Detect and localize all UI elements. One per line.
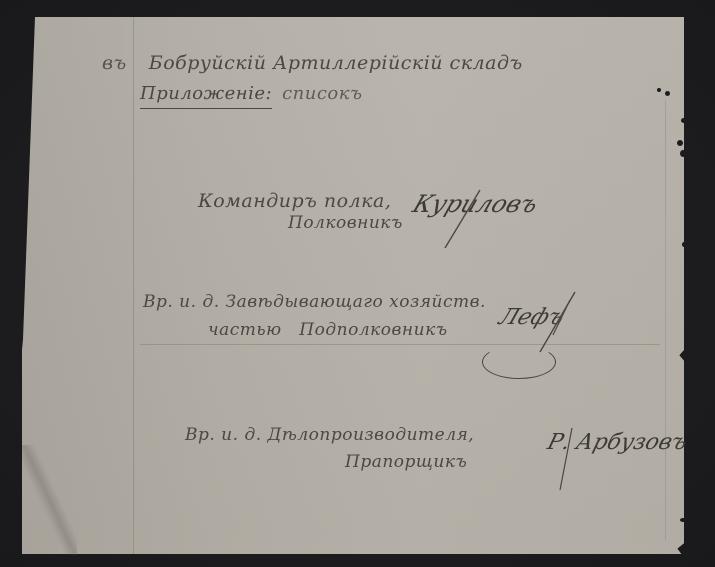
attachment-line: Приложеніе:списокъ (140, 83, 363, 104)
attachment-value: списокъ (282, 83, 362, 104)
corner-crease (22, 445, 77, 555)
clerk-role: Вр. и. д. Дѣлопроизводителя, (185, 425, 474, 445)
worm-hole (665, 91, 670, 96)
quartermaster-role: Вр. и. д. Завѣдывающаго хозяйств. (143, 292, 486, 312)
commander-rank: Полковникъ (288, 213, 403, 233)
quartermaster-role-line2: частью (208, 320, 282, 340)
edge-tear (677, 140, 683, 146)
quartermaster-rank-line: частью Подполковникъ (208, 320, 448, 340)
edge-tear (680, 518, 686, 522)
right-fold-line (665, 100, 666, 540)
signature-flourish (482, 345, 556, 379)
attachment-label: Приложеніе: (140, 83, 272, 109)
commander-signature: Куриловъ (409, 190, 542, 218)
commander-role: Командиръ полка, (198, 190, 391, 212)
worm-hole (657, 88, 661, 92)
addressee-prefix: въ (102, 52, 127, 74)
quartermaster-rank: Подполковникъ (299, 320, 447, 340)
edge-tear (681, 118, 686, 123)
clerk-rank: Прапорщикъ (345, 452, 467, 472)
addressee-text: Бобруйскій Артиллерійскій складъ (149, 52, 523, 74)
addressee-line: въБобруйскій Артиллерійскій складъ (102, 52, 523, 74)
edge-tear (680, 150, 686, 157)
clerk-signature: Р. Арбузовъ (545, 430, 690, 455)
horizontal-fold-line (140, 344, 660, 345)
vertical-fold-line (133, 17, 134, 554)
quartermaster-signature: Лефъ (495, 305, 567, 330)
edge-tear (682, 242, 686, 247)
